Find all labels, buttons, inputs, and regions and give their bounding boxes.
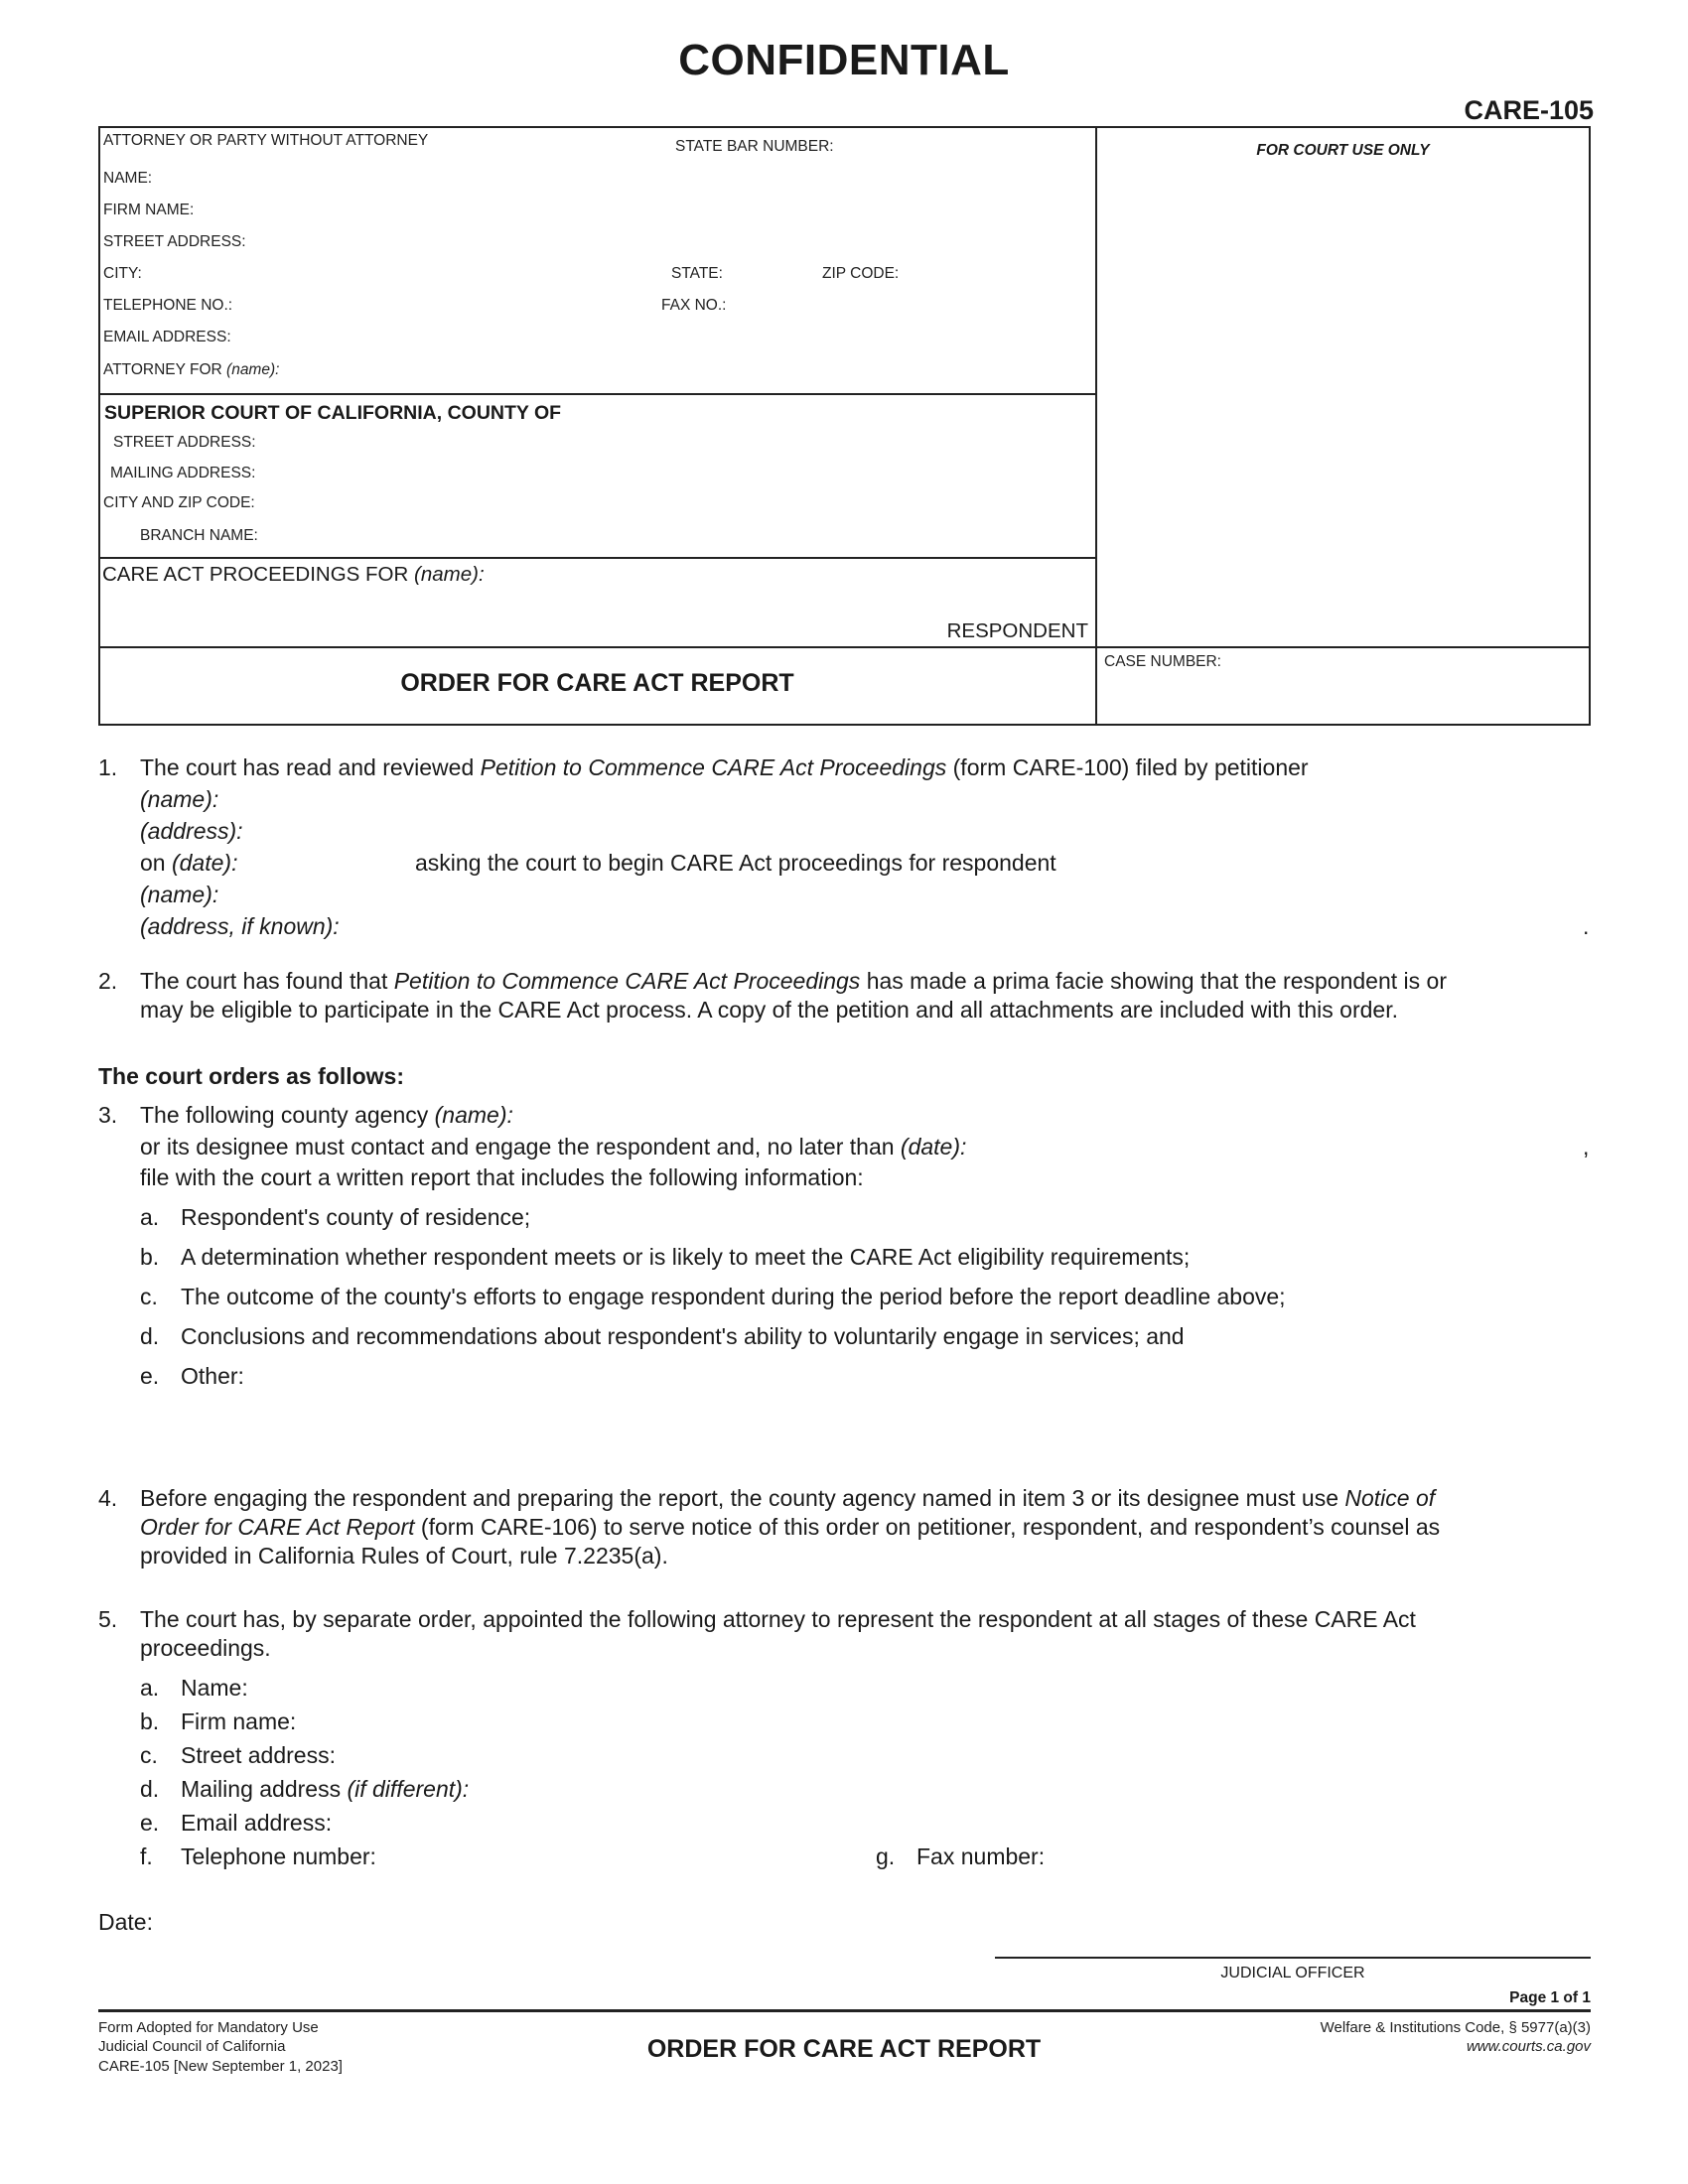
court-street-address-field[interactable] [273, 431, 1082, 453]
filing-date-field[interactable] [253, 848, 412, 876]
asking-text: asking the court to begin CARE Act proce… [415, 850, 1056, 877]
fax-field[interactable] [740, 294, 1082, 316]
item-5d-hint: (if different): [347, 1776, 469, 1802]
item-4-line-1: Before engaging the respondent and prepa… [140, 1485, 1435, 1512]
item-5d-text: Mailing address (if different): [181, 1776, 469, 1803]
item-3d-text: Conclusions and recommendations about re… [181, 1323, 1185, 1350]
attorney-court-divider [98, 393, 1096, 395]
item-5a-letter: a. [140, 1675, 159, 1702]
court-street-address-label: STREET ADDRESS: [113, 434, 256, 452]
respondent-address-field[interactable] [362, 911, 1579, 939]
petitioner-address-label: (address): [140, 818, 243, 845]
form-adopted-text: Form Adopted for Mandatory Use [98, 2019, 319, 2036]
item-5e-letter: e. [140, 1810, 159, 1837]
state-label: STATE: [671, 265, 723, 283]
court-proceedings-divider [98, 557, 1096, 559]
court-city-zip-label: CITY AND ZIP CODE: [103, 494, 255, 512]
city-label: CITY: [103, 265, 142, 283]
respondent-name-field[interactable] [104, 592, 1077, 617]
state-field[interactable] [735, 262, 814, 284]
state-bar-number-label: STATE BAR NUMBER: [675, 138, 834, 156]
item-1-petition-title: Petition to Commence CARE Act Proceeding… [481, 754, 947, 780]
attorney-for-field[interactable] [303, 358, 1082, 380]
item-1-period: . [1583, 913, 1589, 940]
court-branch-name-field[interactable] [273, 524, 1082, 546]
item-5-number: 5. [98, 1606, 117, 1633]
item-4-number: 4. [98, 1485, 117, 1512]
case-number-label: CASE NUMBER: [1104, 653, 1221, 671]
item-2-line-2: may be eligible to participate in the CA… [140, 997, 1398, 1024]
item-3b-letter: b. [140, 1244, 159, 1271]
respondent-address-label: (address, if known): [140, 913, 340, 940]
respondent-label: RESPONDENT [947, 619, 1088, 643]
state-bar-number-field[interactable] [854, 135, 1082, 157]
footer-rule [98, 2009, 1591, 2012]
item-4-notice-title-part-2: Order for CARE Act Report [140, 1514, 415, 1540]
firm-name-field[interactable] [209, 199, 1082, 220]
street-address-field[interactable] [263, 230, 1082, 252]
item-5-line-1: The court has, by separate order, appoin… [140, 1606, 1416, 1633]
court-city-zip-field[interactable] [273, 491, 1082, 513]
item-3e-text: Other: [181, 1363, 244, 1390]
item-3-number: 3. [98, 1102, 117, 1129]
other-information-field[interactable] [253, 1361, 1583, 1444]
proceedings-text: CARE ACT PROCEEDINGS FOR [102, 563, 408, 586]
item-1-respondent-name-field[interactable] [238, 880, 1579, 907]
item-4-line-1-text: Before engaging the respondent and prepa… [140, 1485, 1344, 1511]
email-field[interactable] [248, 326, 1082, 347]
attorney-block-title: ATTORNEY OR PARTY WITHOUT ATTORNEY [103, 132, 428, 150]
item-5f-letter: f. [140, 1843, 153, 1870]
page-number: Page 1 of 1 [1509, 1989, 1591, 2007]
item-3e-letter: e. [140, 1363, 159, 1390]
judicial-officer-signature-line [995, 1957, 1591, 1959]
item-5d-label: Mailing address [181, 1776, 347, 1802]
item-5a-text: Name: [181, 1675, 248, 1702]
court-use-only-label: FOR COURT USE ONLY [1096, 142, 1590, 160]
attorney-name-label: NAME: [103, 170, 152, 188]
telephone-field[interactable] [238, 294, 655, 316]
attorney-for-label: ATTORNEY FOR (name): [103, 361, 279, 379]
item-3b-text: A determination whether respondent meets… [181, 1244, 1190, 1271]
item-3-comma: , [1583, 1134, 1589, 1160]
item-3-line-2-text: or its designee must contact and engage … [140, 1134, 901, 1160]
filing-date-label: on (date): [140, 850, 237, 877]
zip-code-label: ZIP CODE: [822, 265, 899, 283]
item-4-line-2-text: (form CARE-106) to serve notice of this … [415, 1514, 1441, 1540]
judicial-officer-signature-field[interactable] [993, 1926, 1589, 1954]
item-5c-text: Street address: [181, 1742, 336, 1769]
petitioner-name-label: (name): [140, 786, 218, 813]
item-3-line-3: file with the court a written report tha… [140, 1164, 864, 1191]
item-5c-letter: c. [140, 1742, 158, 1769]
date-hint: (date): [172, 850, 237, 876]
item-4-line-3: provided in California Rules of Court, r… [140, 1543, 668, 1570]
petitioner-name-field[interactable] [238, 784, 1579, 812]
item-3-text: The following county agency [140, 1102, 435, 1128]
court-branch-name-label: BRANCH NAME: [140, 527, 258, 545]
item-3c-letter: c. [140, 1284, 158, 1310]
item-3d-letter: d. [140, 1323, 159, 1350]
item-5-line-2: proceedings. [140, 1635, 271, 1662]
item-2-petition-title: Petition to Commence CARE Act Proceeding… [394, 968, 861, 994]
court-mailing-address-label: MAILING ADDRESS: [110, 465, 255, 482]
county-agency-name-field[interactable] [551, 1100, 1579, 1128]
petitioner-address-field[interactable] [263, 816, 1579, 844]
item-1-text: The court has read and reviewed Petition… [140, 754, 1309, 781]
proceedings-hint: (name): [414, 563, 485, 586]
appointed-attorney-street-field[interactable] [352, 1740, 1579, 1768]
form-number: CARE-105 [1464, 95, 1594, 126]
courts-website-link[interactable]: www.courts.ca.gov [1467, 2038, 1591, 2055]
item-5b-text: Firm name: [181, 1708, 296, 1735]
item-1-text-a: The court has read and reviewed [140, 754, 481, 780]
court-title: SUPERIOR COURT OF CALIFORNIA, COUNTY OF [104, 402, 561, 425]
item-2-text-b: has made a prima facie showing that the … [860, 968, 1447, 994]
appointed-attorney-email-field[interactable] [350, 1808, 1579, 1836]
order-date-field[interactable] [164, 1907, 660, 1935]
court-mailing-address-field[interactable] [273, 462, 1082, 483]
appointed-attorney-name-field[interactable] [260, 1673, 1579, 1701]
item-4-notice-title-part-1: Notice of [1344, 1485, 1435, 1511]
item-5g-letter: g. [876, 1843, 895, 1870]
item-5e-text: Email address: [181, 1810, 332, 1837]
date-label: Date: [98, 1909, 153, 1936]
item-3-name-hint: (name): [435, 1102, 513, 1128]
item-5d-letter: d. [140, 1776, 159, 1803]
appointed-attorney-mailing-field[interactable] [501, 1774, 1579, 1802]
item-2-text-a: The court has found that [140, 968, 394, 994]
on-text: on [140, 850, 172, 876]
item-3a-text: Respondent's county of residence; [181, 1204, 530, 1231]
item-3a-letter: a. [140, 1204, 159, 1231]
title-row-divider [98, 646, 1591, 648]
confidential-heading: CONFIDENTIAL [0, 36, 1688, 85]
item-5g-text: Fax number: [916, 1843, 1045, 1870]
report-deadline-field[interactable] [1048, 1132, 1574, 1160]
caption-divider-vertical [1095, 126, 1097, 726]
county-field[interactable] [635, 401, 1082, 425]
telephone-label: TELEPHONE NO.: [103, 297, 232, 315]
code-citation: Welfare & Institutions Code, § 5977(a)(3… [1321, 2019, 1591, 2036]
fax-label: FAX NO.: [661, 297, 726, 315]
attorney-name-field[interactable] [164, 167, 1077, 189]
city-field[interactable] [149, 262, 655, 284]
item-2-line-1: The court has found that Petition to Com… [140, 968, 1447, 995]
email-label: EMAIL ADDRESS: [103, 329, 231, 346]
footer-form-title: ORDER FOR CARE ACT REPORT [0, 2035, 1688, 2064]
form-title: ORDER FOR CARE ACT REPORT [99, 669, 1095, 698]
appointed-attorney-firm-field[interactable] [310, 1706, 1579, 1734]
zip-code-field[interactable] [909, 262, 1082, 284]
item-4-line-2: Order for CARE Act Report (form CARE-106… [140, 1514, 1440, 1541]
item-3-date-hint: (date): [901, 1134, 966, 1160]
respondent-name-label: (name): [140, 882, 218, 908]
judicial-officer-label: JUDICIAL OFFICER [995, 1965, 1591, 1982]
item-5f-text: Telephone number: [181, 1843, 376, 1870]
item-3-line-2: or its designee must contact and engage … [140, 1134, 966, 1160]
case-number-field[interactable] [1104, 679, 1581, 709]
item-1-number: 1. [98, 754, 117, 781]
item-3c-text: The outcome of the county's efforts to e… [181, 1284, 1286, 1310]
appointed-attorney-fax-field[interactable] [1062, 1842, 1579, 1869]
appointed-attorney-telephone-field[interactable] [402, 1842, 864, 1869]
item-3-line-1: The following county agency (name): [140, 1102, 513, 1129]
item-2-number: 2. [98, 968, 117, 995]
item-5b-letter: b. [140, 1708, 159, 1735]
proceedings-label: CARE ACT PROCEEDINGS FOR (name): [102, 563, 485, 587]
attorney-for-text: ATTORNEY FOR [103, 361, 222, 378]
firm-name-label: FIRM NAME: [103, 202, 194, 219]
item-1-text-b: (form CARE-100) filed by petitioner [946, 754, 1308, 780]
street-address-label: STREET ADDRESS: [103, 233, 246, 251]
orders-heading: The court orders as follows: [98, 1063, 404, 1090]
attorney-for-hint: (name): [226, 361, 279, 378]
